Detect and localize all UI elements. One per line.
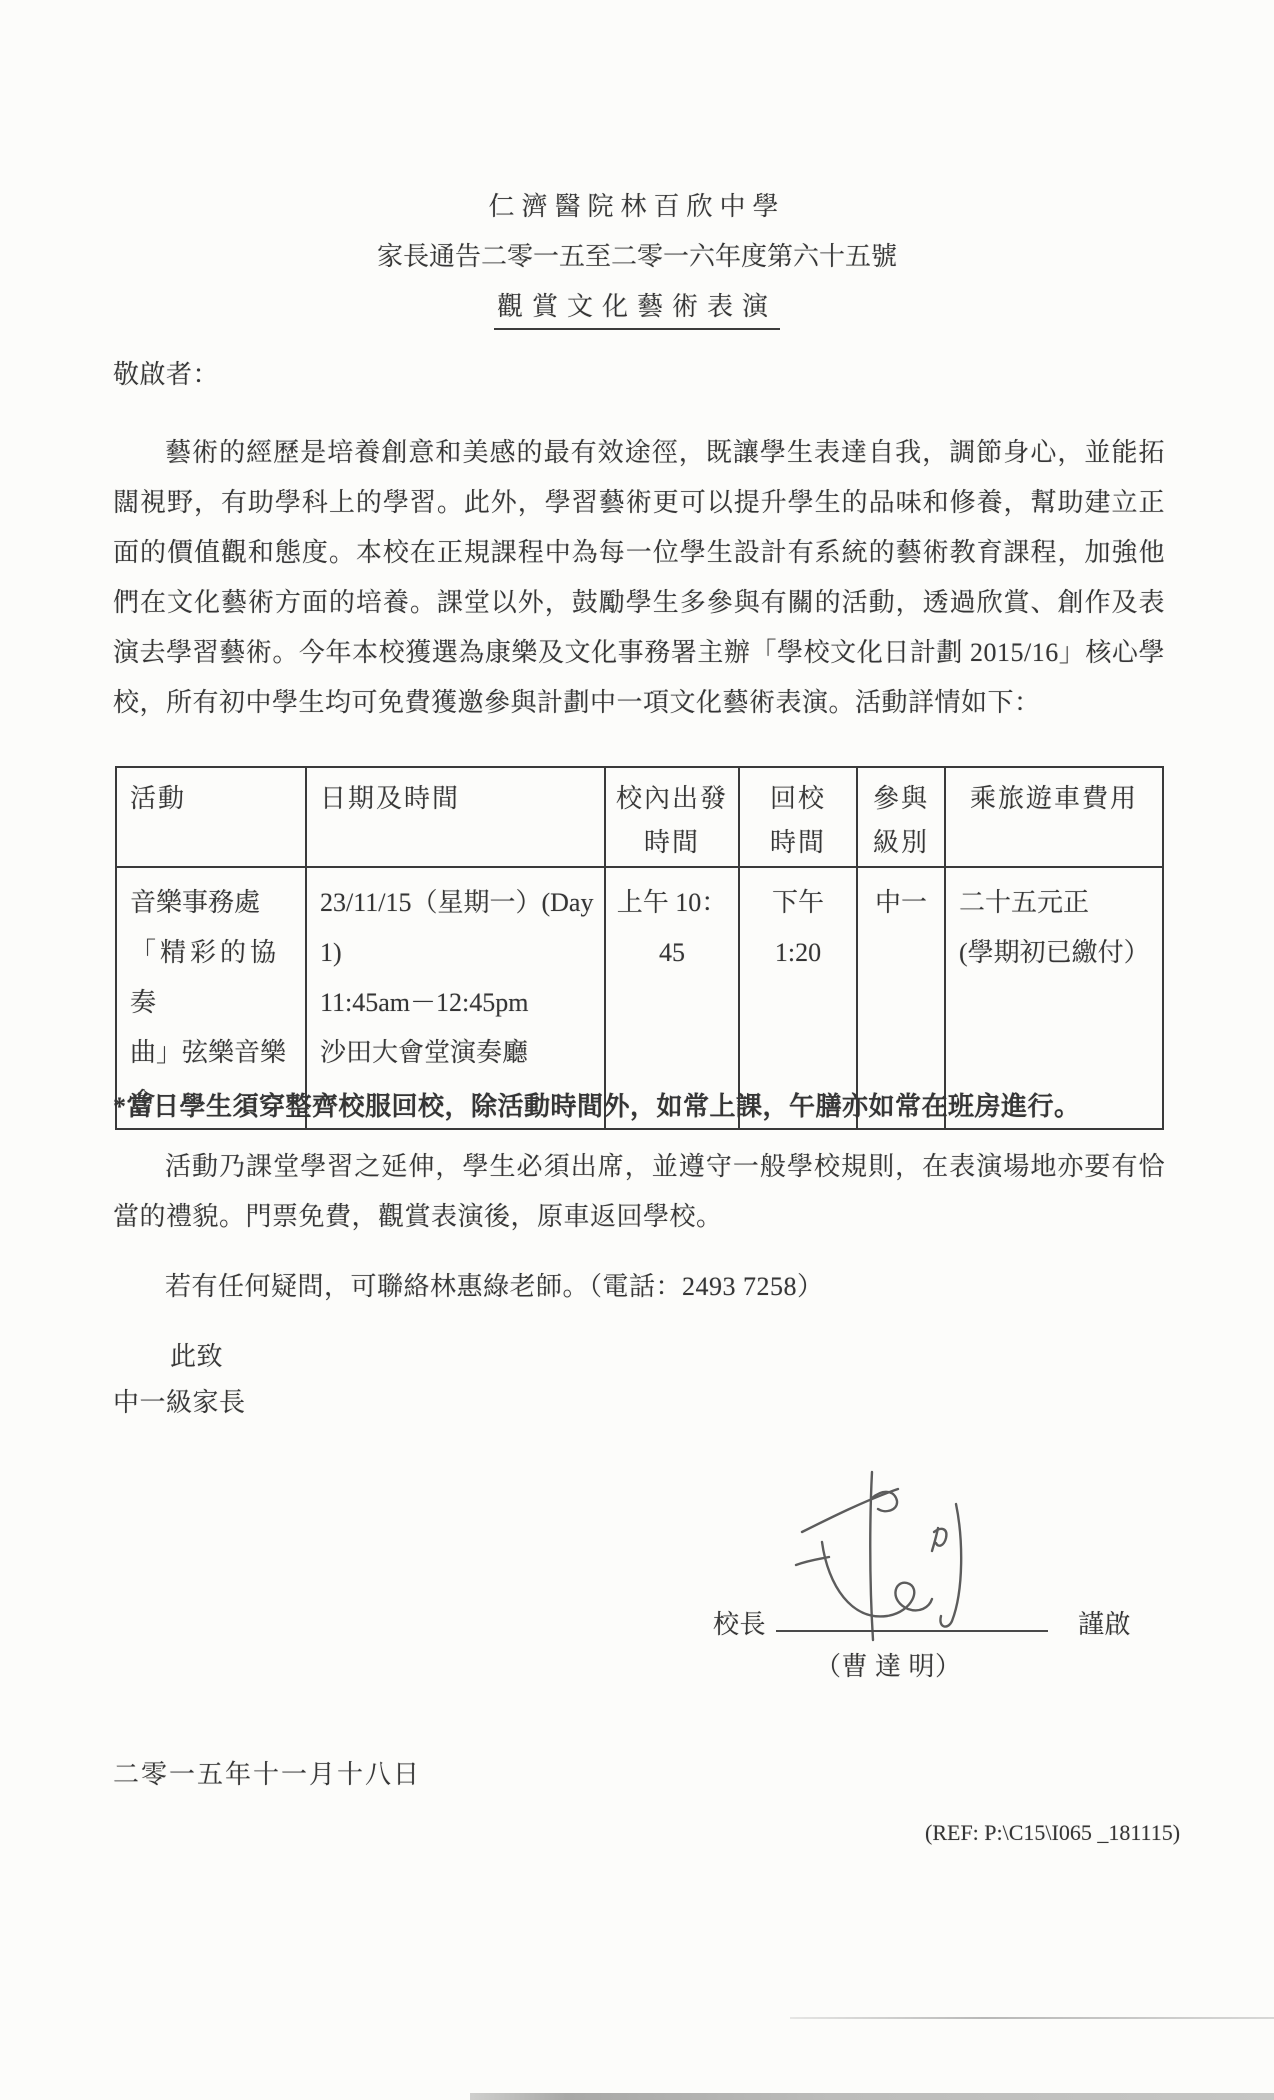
school-name: 仁濟醫院林百欣中學 xyxy=(0,186,1274,223)
header-date-time: 日期及時間 xyxy=(306,767,605,867)
signature-line xyxy=(776,1630,1048,1632)
scan-bottom-edge-artifact xyxy=(470,2093,1274,2100)
header-activity-label: 活動 xyxy=(130,778,297,820)
notice-date: 二零一五年十一月十八日 xyxy=(113,1750,421,1800)
notice-subject: 觀賞文化藝術表演 xyxy=(0,286,1274,330)
header-level: 參與 級別 xyxy=(857,767,945,867)
intro-paragraph: 藝術的經歷是培養創意和美感的最有效途徑，既讓學生表達自我，調節身心，並能拓闊視野… xyxy=(113,428,1165,728)
file-reference: (REF: P:\C15\I065 _181115) xyxy=(925,1820,1180,1846)
header-date-time-label: 日期及時間 xyxy=(320,778,596,820)
respectfully-label: 謹啟 xyxy=(1078,1600,1131,1650)
notice-number-title: 家長通告二零一五至二零一六年度第六十五號 xyxy=(0,236,1274,273)
contact-line: 若有任何疑問，可聯絡林惠綠老師。（電話：2493 7258） xyxy=(113,1262,824,1312)
recipients: 中一級家長 xyxy=(113,1378,246,1428)
principal-label: 校長 xyxy=(713,1600,766,1650)
header-departure-time: 校內出發 時間 xyxy=(605,767,739,867)
scanned-notice-page: 仁濟醫院林百欣中學 家長通告二零一五至二零一六年度第六十五號 觀賞文化藝術表演 … xyxy=(0,0,1274,2100)
principal-signature xyxy=(768,1468,980,1646)
principal-name: （曹 達 明） xyxy=(815,1642,962,1692)
header-return-time: 回校 時間 xyxy=(739,767,857,867)
salutation: 敬啟者： xyxy=(113,350,219,400)
uniform-note: *當日學生須穿整齊校服回校，除活動時間外，如常上課，午膳亦如常在班房進行。 xyxy=(113,1082,1165,1132)
attendance-paragraph: 活動乃課堂學習之延伸，學生必須出席，並遵守一般學校規則，在表演場地亦要有恰當的禮… xyxy=(113,1142,1165,1242)
closing-phrase: 此致 xyxy=(170,1332,223,1382)
scan-streak-artifact xyxy=(790,2017,1274,2019)
notice-subject-text: 觀賞文化藝術表演 xyxy=(494,286,780,330)
activity-table: 活動 日期及時間 校內出發 時間 回校 時間 參與 級別 乘旅遊車費用 xyxy=(115,766,1164,1130)
header-activity: 活動 xyxy=(116,767,306,867)
table-header-row: 活動 日期及時間 校內出發 時間 回校 時間 參與 級別 乘旅遊車費用 xyxy=(116,767,1163,867)
header-coach-fee: 乘旅遊車費用 xyxy=(945,767,1163,867)
